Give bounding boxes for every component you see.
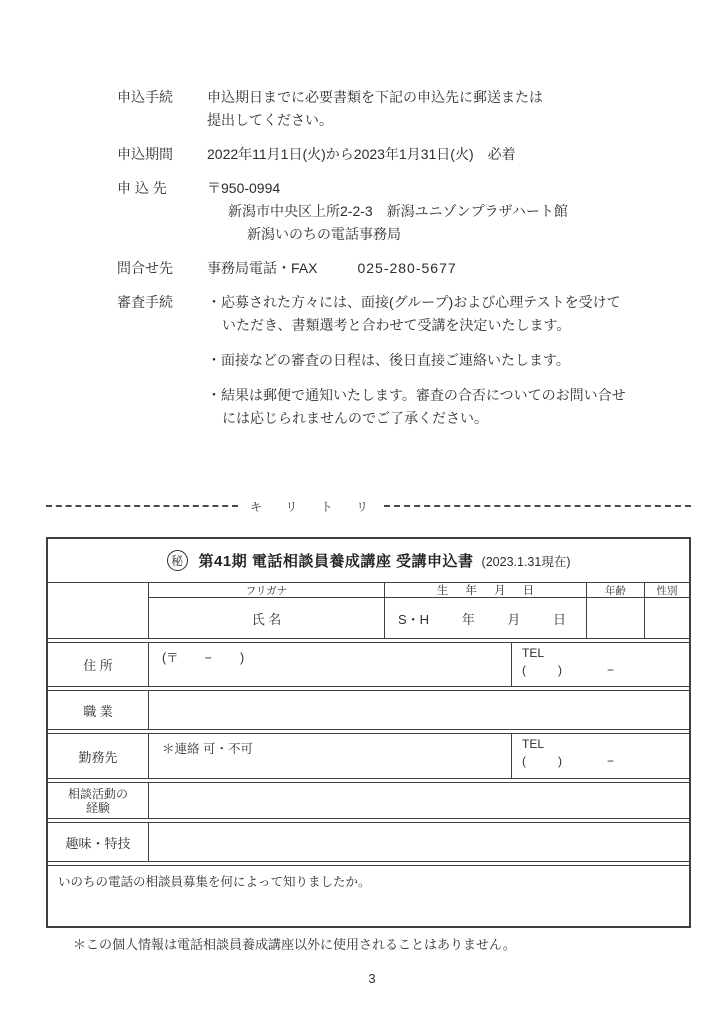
experience-label-line-1: 相談活動の (68, 787, 128, 801)
address-field[interactable]: (〒−) (149, 643, 512, 686)
address-section: 住 所 (〒−) TEL ()− (48, 642, 689, 687)
home-tel-field[interactable]: TEL ()− (512, 643, 689, 686)
screening-bullet-1: ・応募された方々には、面接(グループ)および心理テストを受けて いただき、書類選… (207, 291, 669, 337)
inquiry-contact-label: 問合せ先 (117, 257, 207, 280)
era-initials: S・H (398, 609, 429, 628)
postal-close: ) (240, 651, 244, 665)
referral-question-section[interactable]: いのちの電話の相談員募集を何によって知りましたか。 (48, 865, 689, 926)
referral-question-text: いのちの電話の相談員募集を何によって知りましたか。 (58, 875, 371, 889)
age-header: 年齢 (587, 583, 645, 598)
home-tel-placeholder: ()− (522, 663, 689, 678)
tel-open: ( (522, 754, 526, 768)
addressee-postal-code: 〒950-0994 (207, 177, 669, 200)
application-procedure-label: 申込手続 (117, 86, 207, 132)
row-application-procedure: 申込手続 申込期日までに必要書類を下記の申込先に郵送または 提出してください。 (117, 86, 669, 132)
workplace-contact-note: ＊連絡 可・不可 (149, 734, 511, 757)
row-application-addressee: 申 込 先 〒950-0994 新潟市中央区上所2-2-3 新潟ユニゾンプラザハ… (117, 177, 669, 246)
postal-dash: − (205, 651, 212, 665)
workplace-section: 勤務先 ＊連絡 可・不可 TEL ()− (48, 733, 689, 779)
form-title-row: 秘 第41期 電話相談員養成講座 受講申込書 (2023.1.31現在) (48, 539, 689, 583)
confidential-mark-icon: 秘 (167, 550, 188, 571)
day-unit: 日 (553, 609, 566, 628)
age-field[interactable] (587, 598, 645, 638)
postal-open: (〒 (162, 651, 179, 665)
name-field[interactable] (48, 583, 149, 638)
birthdate-header: 生 年 月 日 (385, 583, 587, 598)
work-tel-placeholder: ()− (522, 754, 689, 769)
work-tel-label: TEL (522, 737, 689, 752)
application-form-table: 秘 第41期 電話相談員養成講座 受講申込書 (2023.1.31現在) フリガ… (46, 537, 691, 928)
privacy-footnote: ＊この個人情報は電話相談員養成講座以外に使用されることはありません。 (73, 934, 516, 953)
form-date-note: (2023.1.31現在) (482, 552, 571, 570)
experience-field[interactable] (149, 783, 689, 818)
furigana-header: フリガナ (149, 583, 385, 598)
application-period-label: 申込期間 (117, 143, 207, 166)
occupation-field[interactable] (149, 691, 689, 729)
home-tel-label: TEL (522, 646, 689, 661)
workplace-label: 勤務先 (48, 734, 149, 778)
name-label: 氏 名 (149, 598, 385, 638)
birthdate-field[interactable]: S・H 年 月 日 (385, 598, 587, 638)
application-period-text: 2022年11月1日(火)から2023年1月31日(火) 必着 (207, 143, 669, 166)
screening-bullet-3-line-2: には応じられませんのでご了承ください。 (214, 410, 488, 426)
cut-dash-left (46, 505, 238, 507)
experience-label-line-2: 経験 (86, 801, 110, 815)
addressee-street: 新潟市中央区上所2-2-3 新潟ユニゾンプラザハート館 (207, 200, 669, 223)
screening-bullet-2: ・面接などの審査の日程は、後日直接ご連絡いたします。 (207, 349, 669, 372)
screening-bullet-3-line-1: ・結果は郵便で通知いたします。審査の合否についてのお問い合せ (207, 387, 626, 403)
name-section: フリガナ 生 年 月 日 年齢 性別 氏 名 S・H 年 月 日 (48, 583, 689, 639)
screening-bullet-3: ・結果は郵便で通知いたします。審査の合否についてのお問い合せ には応じられません… (207, 384, 669, 430)
experience-section: 相談活動の 経験 (48, 782, 689, 819)
gender-field[interactable] (645, 598, 689, 638)
address-label: 住 所 (48, 643, 149, 686)
row-screening-procedure: 審査手続 ・応募された方々には、面接(グループ)および心理テストを受けて いただ… (117, 291, 669, 430)
form-title: 第41期 電話相談員養成講座 受講申込書 (199, 550, 474, 571)
workplace-field[interactable]: ＊連絡 可・不可 (149, 734, 512, 778)
experience-label: 相談活動の 経験 (48, 783, 149, 818)
gender-header: 性別 (645, 583, 689, 598)
row-application-period: 申込期間 2022年11月1日(火)から2023年1月31日(火) 必着 (117, 143, 669, 166)
application-addressee-label: 申 込 先 (117, 177, 207, 246)
occupation-label: 職 業 (48, 691, 149, 729)
screening-bullet-1-line-1: ・応募された方々には、面接(グループ)および心理テストを受けて (207, 294, 621, 310)
cut-here-label: キ リ ト リ (250, 498, 378, 515)
hobby-field[interactable] (149, 823, 689, 861)
work-tel-field[interactable]: TEL ()− (512, 734, 689, 778)
hobby-label: 趣味・特技 (48, 823, 149, 861)
tel-open: ( (522, 663, 526, 677)
info-section: 申込手続 申込期日までに必要書類を下記の申込先に郵送または 提出してください。 … (117, 86, 669, 441)
inquiry-phone-number: 025-280-5677 (357, 260, 456, 276)
document-page: 申込手続 申込期日までに必要書類を下記の申込先に郵送または 提出してください。 … (0, 0, 724, 1024)
tel-dash: − (607, 754, 614, 768)
hobby-section: 趣味・特技 (48, 822, 689, 862)
screening-procedure-text: ・応募された方々には、面接(グループ)および心理テストを受けて いただき、書類選… (207, 291, 669, 430)
row-inquiry-contact: 問合せ先 事務局電話・FAX025-280-5677 (117, 257, 669, 280)
tel-close: ) (558, 754, 562, 768)
inquiry-office-text: 事務局電話・FAX (207, 260, 317, 276)
month-unit: 月 (507, 609, 520, 628)
page-number: 3 (0, 971, 724, 986)
year-unit: 年 (462, 609, 475, 628)
application-procedure-text: 申込期日までに必要書類を下記の申込先に郵送または 提出してください。 (207, 86, 669, 132)
addressee-office: 新潟いのちの電話事務局 (207, 223, 669, 246)
procedure-line-2: 提出してください。 (207, 109, 669, 132)
postal-code-placeholder: (〒−) (149, 643, 511, 666)
tel-close: ) (558, 663, 562, 677)
screening-procedure-label: 審査手続 (117, 291, 207, 430)
occupation-section: 職 業 (48, 690, 689, 730)
cut-dash-right (384, 505, 691, 507)
cut-here-line: キ リ ト リ (46, 498, 691, 514)
tel-dash: − (607, 663, 614, 677)
procedure-line-1: 申込期日までに必要書類を下記の申込先に郵送または (207, 86, 669, 109)
application-addressee-text: 〒950-0994 新潟市中央区上所2-2-3 新潟ユニゾンプラザハート館 新潟… (207, 177, 669, 246)
screening-bullet-1-line-2: いただき、書類選考と合わせて受講を決定いたします。 (214, 317, 570, 333)
inquiry-contact-text: 事務局電話・FAX025-280-5677 (207, 257, 669, 280)
